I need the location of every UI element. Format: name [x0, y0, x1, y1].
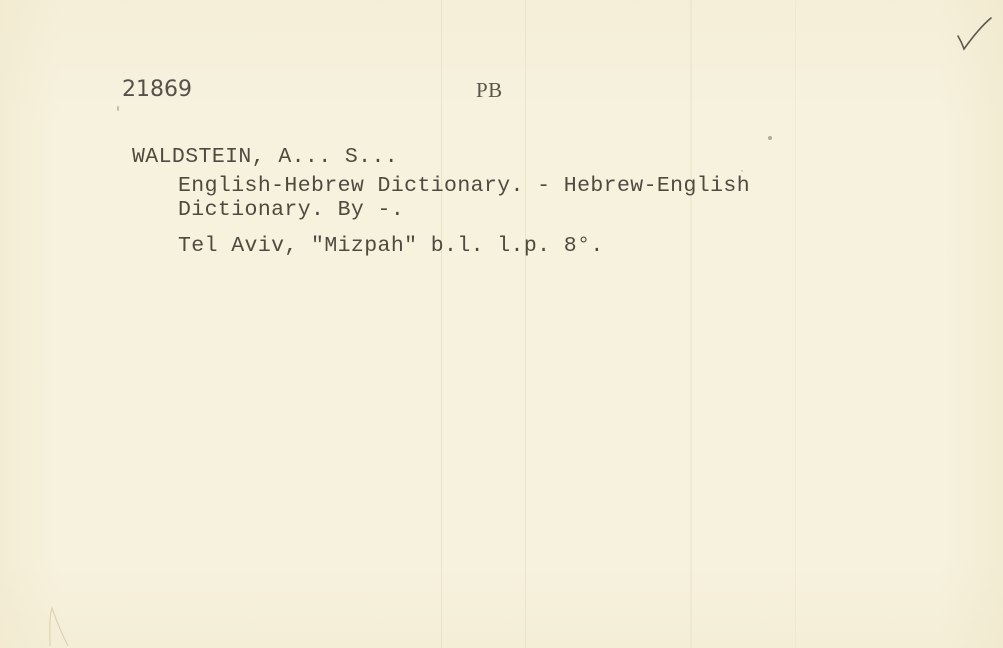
title-line-2: Dictionary. By -. [178, 200, 404, 222]
paper-streak [795, 0, 796, 648]
author-heading: WALDSTEIN, A... S... [132, 147, 398, 169]
catalog-card: 21869 PB WALDSTEIN, A... S... English-He… [0, 0, 1003, 648]
pencil-mark [44, 600, 74, 648]
paper-speck [117, 106, 119, 111]
paper-speck [741, 170, 743, 172]
location-code: PB [476, 80, 503, 101]
paper-streak [525, 0, 526, 648]
imprint-line: Tel Aviv, "Mizpah" b.l. l.p. 8°. [178, 236, 604, 258]
accession-number: 21869 [122, 79, 192, 101]
paper-speck [768, 136, 772, 140]
paper-streak [690, 0, 692, 648]
title-line-1: English-Hebrew Dictionary. - Hebrew-Engl… [178, 176, 750, 198]
paper-streak [441, 0, 442, 648]
checkmark-icon [955, 14, 995, 56]
